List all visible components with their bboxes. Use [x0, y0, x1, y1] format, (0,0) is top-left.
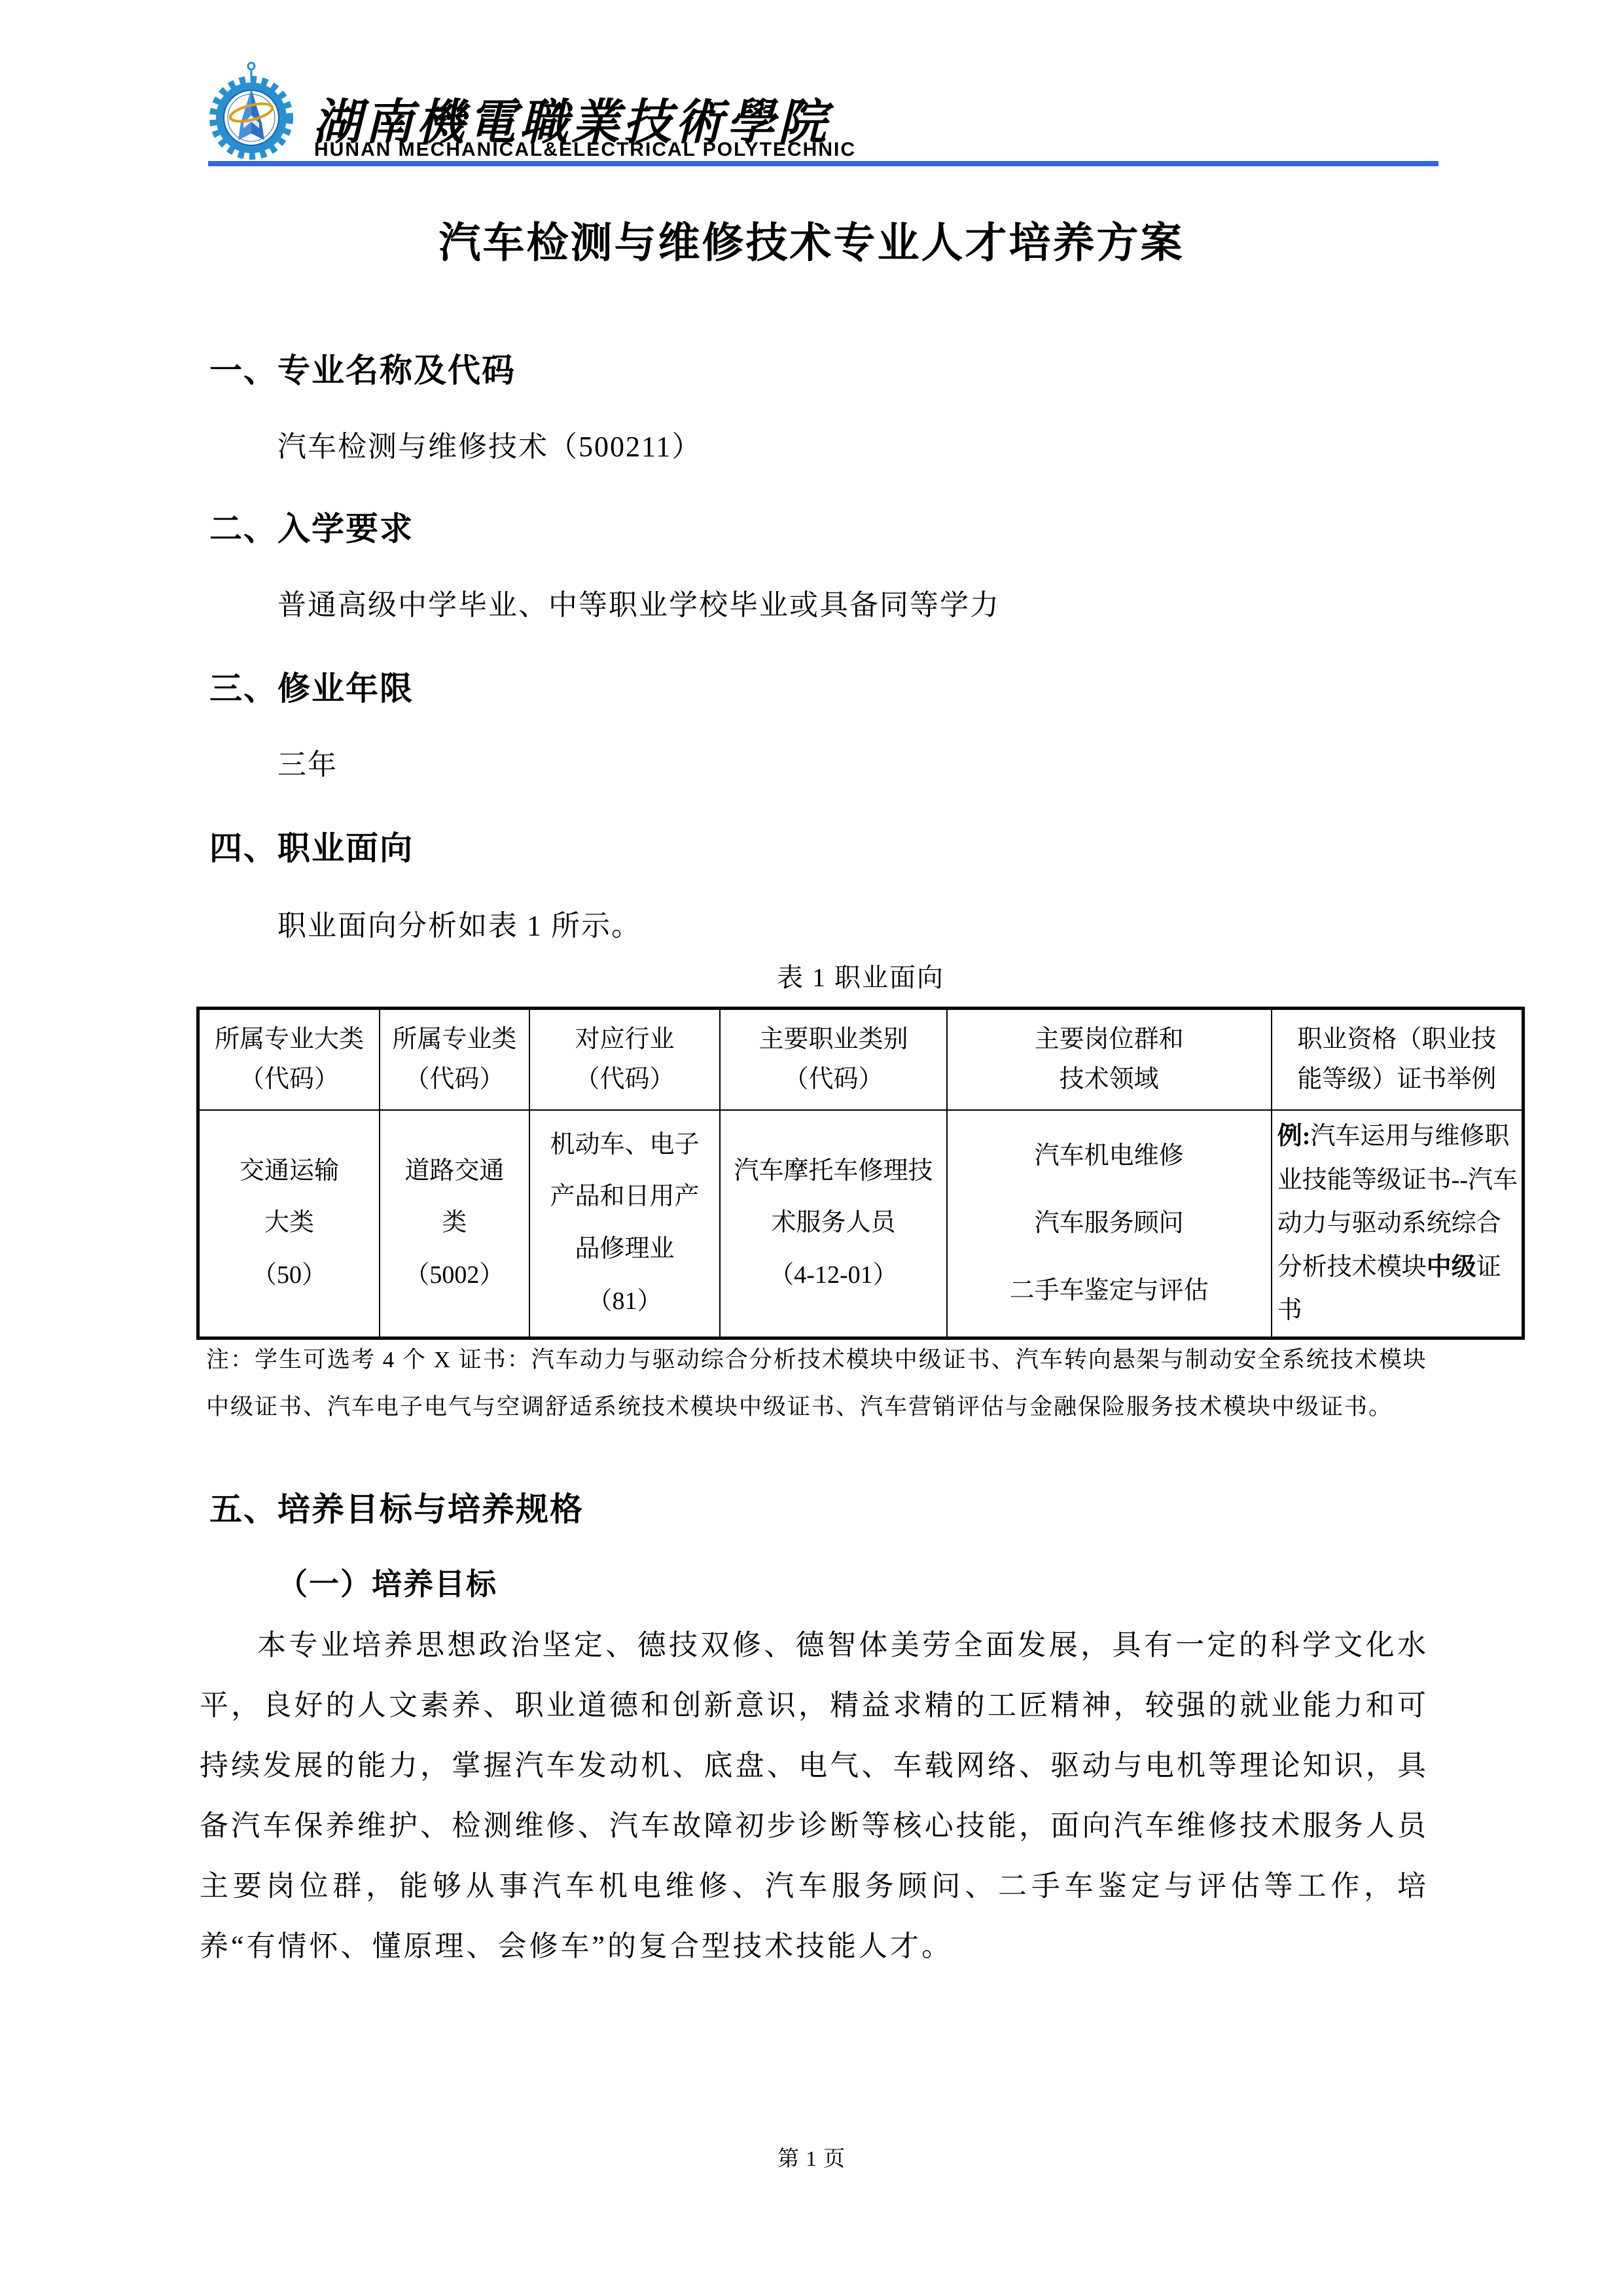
- cell-category: 道路交通 类 （5002）: [380, 1110, 529, 1338]
- table-caption: 表 1 职业面向: [196, 957, 1525, 994]
- section-body-career: 职业面向分析如表 1 所示。: [277, 902, 1455, 944]
- cell-occupation: 汽车摩托车修理技 术服务人员 （4-12-01）: [720, 1110, 946, 1338]
- table-header-row: 所属专业大类 （代码） 所属专业类 （代码） 对应行业 （代码） 主要职业类别 …: [198, 1009, 1524, 1111]
- cell-major-category: 交通运输 大类 （50）: [198, 1110, 380, 1338]
- cert-level: 中级: [1427, 1253, 1476, 1281]
- section-heading-training-goals: 五、培养目标与培养规格: [209, 1483, 1453, 1530]
- cert-example-prefix: 例:: [1277, 1122, 1311, 1150]
- table-note-line1: 注：学生可选考 4 个 X 证书：汽车动力与驱动综合分析技术模块中级证书、汽车转…: [206, 1336, 1436, 1384]
- col-header-industry: 对应行业 （代码）: [529, 1009, 721, 1111]
- document-title: 汽车检测与维修技术专业人才培养方案: [0, 209, 1623, 270]
- training-goal-paragraph: 本专业培养思想政治坚定、德技双修、德智体美劳全面发展，具有一定的科学文化水平，良…: [200, 1615, 1429, 1977]
- section-body-admission: 普通高级中学毕业、中等职业学校毕业或具备同等学力: [277, 581, 1455, 623]
- table-data-row: 交通运输 大类 （50） 道路交通 类 （5002） 机动车、电子 产品和日用产…: [198, 1110, 1524, 1338]
- cell-industry: 机动车、电子 产品和日用产 品修理业 （81）: [529, 1110, 721, 1338]
- section-heading-career: 四、职业面向: [209, 822, 1453, 869]
- school-name-english: HUNAN MECHANICAL&ELECTRICAL POLYTECHNIC: [314, 139, 1034, 161]
- section-heading-admission: 二、入学要求: [209, 503, 1453, 550]
- col-header-major-category: 所属专业大类 （代码）: [198, 1009, 380, 1111]
- section-heading-major-name: 一、专业名称及代码: [209, 344, 1453, 391]
- cell-certificates: 例:汽车运用与维修职业技能等级证书--汽车动力与驱动系统综合分析技术模块中级证书: [1272, 1110, 1524, 1338]
- col-header-occupation: 主要职业类别 （代码）: [720, 1009, 946, 1111]
- subsection-heading-training-goal: （一）培养目标: [277, 1560, 1063, 1604]
- career-table: 所属专业大类 （代码） 所属专业类 （代码） 对应行业 （代码） 主要职业类别 …: [196, 1007, 1525, 1340]
- col-header-positions: 主要岗位群和 技术领域: [947, 1009, 1272, 1111]
- document-page: 湖南機電職業技術學院 HUNAN MECHANICAL&ELECTRICAL P…: [0, 0, 1623, 2296]
- section-body-major-name: 汽车检测与维修技术（500211）: [277, 423, 1455, 465]
- table-note-line2: 中级证书、汽车电子电气与空调舒适系统技术模块中级证书、汽车营销评估与金融保险服务…: [206, 1384, 1436, 1431]
- col-header-category: 所属专业类 （代码）: [380, 1009, 529, 1111]
- header-divider-rule: [208, 161, 1438, 166]
- page-number-label: 第 1 页: [0, 2142, 1623, 2172]
- table-note: 注：学生可选考 4 个 X 证书：汽车动力与驱动综合分析技术模块中级证书、汽车转…: [206, 1336, 1436, 1431]
- section-heading-duration: 三、修业年限: [209, 662, 1453, 709]
- school-logo-icon: [207, 60, 296, 160]
- section-body-duration: 三年: [277, 741, 1455, 783]
- col-header-certificates: 职业资格（职业技 能等级）证书举例: [1272, 1009, 1524, 1111]
- cell-positions: 汽车机电维修 汽车服务顾问 二手车鉴定与评估: [947, 1110, 1272, 1338]
